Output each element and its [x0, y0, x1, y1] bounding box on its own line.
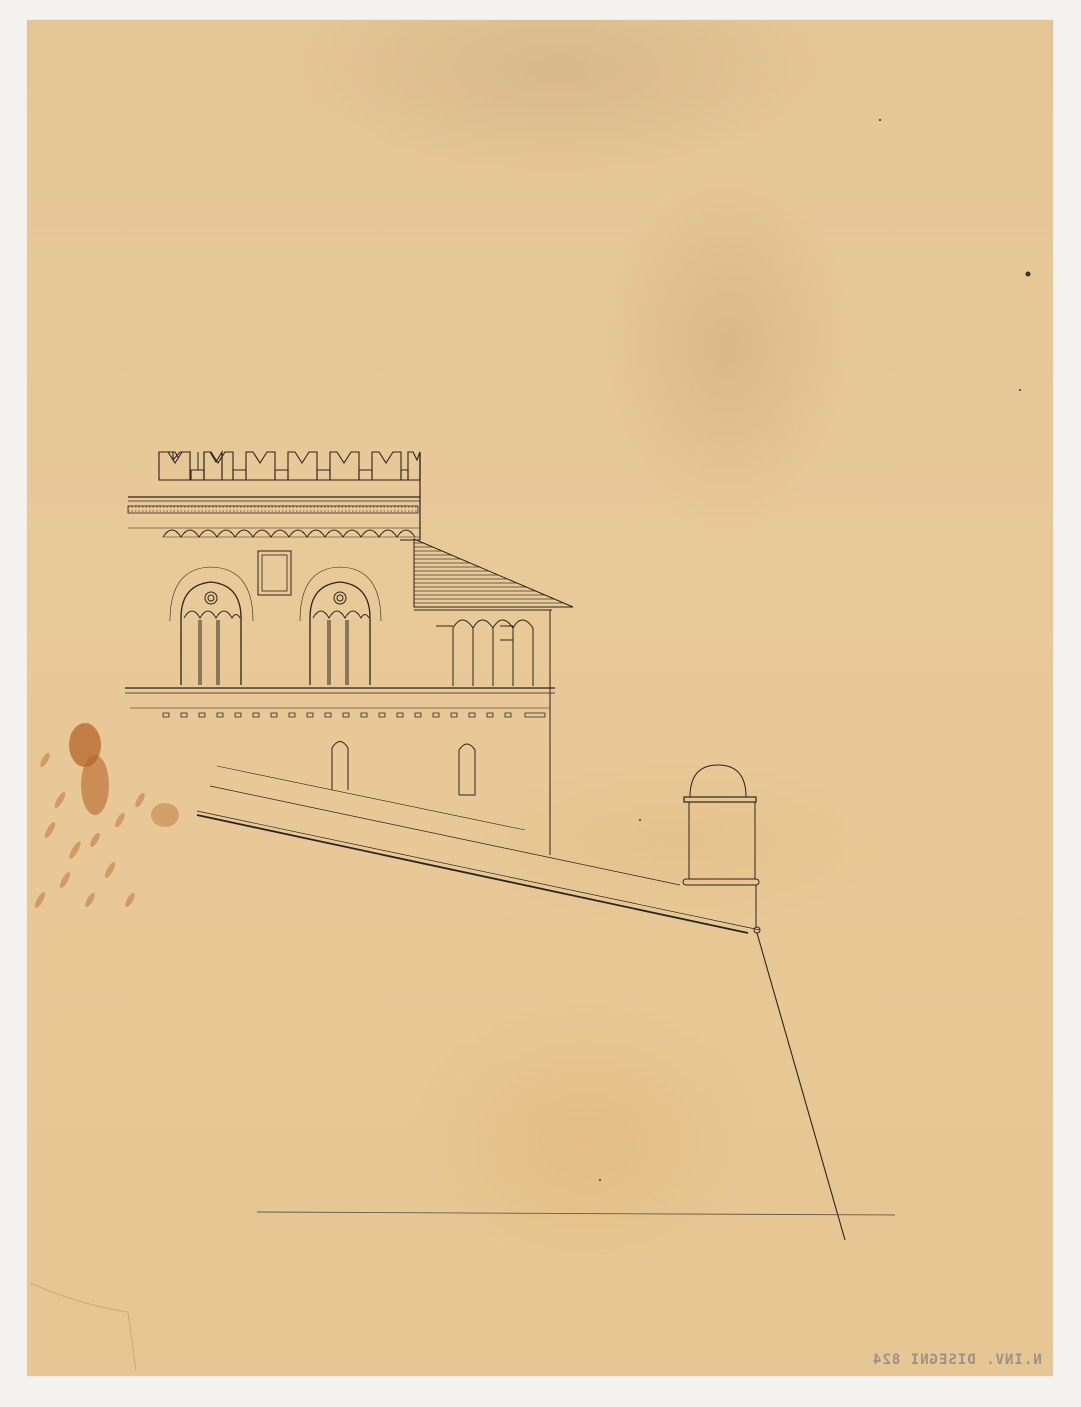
rust-stain [33, 723, 179, 909]
corbel-arches [163, 530, 420, 540]
ramp-wall [197, 766, 760, 933]
architectural-drawing [0, 0, 1081, 1407]
string-course [125, 688, 555, 717]
inventory-stamp: N.INV. DISEGNI 824 [872, 1352, 1042, 1368]
cornice [128, 497, 420, 528]
mullioned-window-right [300, 567, 381, 685]
escarpment-line [757, 933, 845, 1240]
ground-line [257, 1212, 895, 1215]
specks [599, 119, 1031, 1181]
turret [683, 765, 760, 933]
loggia-roof [414, 539, 573, 610]
blank-panel [258, 551, 291, 595]
corner-fold [30, 1283, 136, 1372]
loggia-arcade [436, 610, 550, 855]
lower-windows [332, 742, 475, 796]
mullioned-window-left [170, 567, 253, 685]
